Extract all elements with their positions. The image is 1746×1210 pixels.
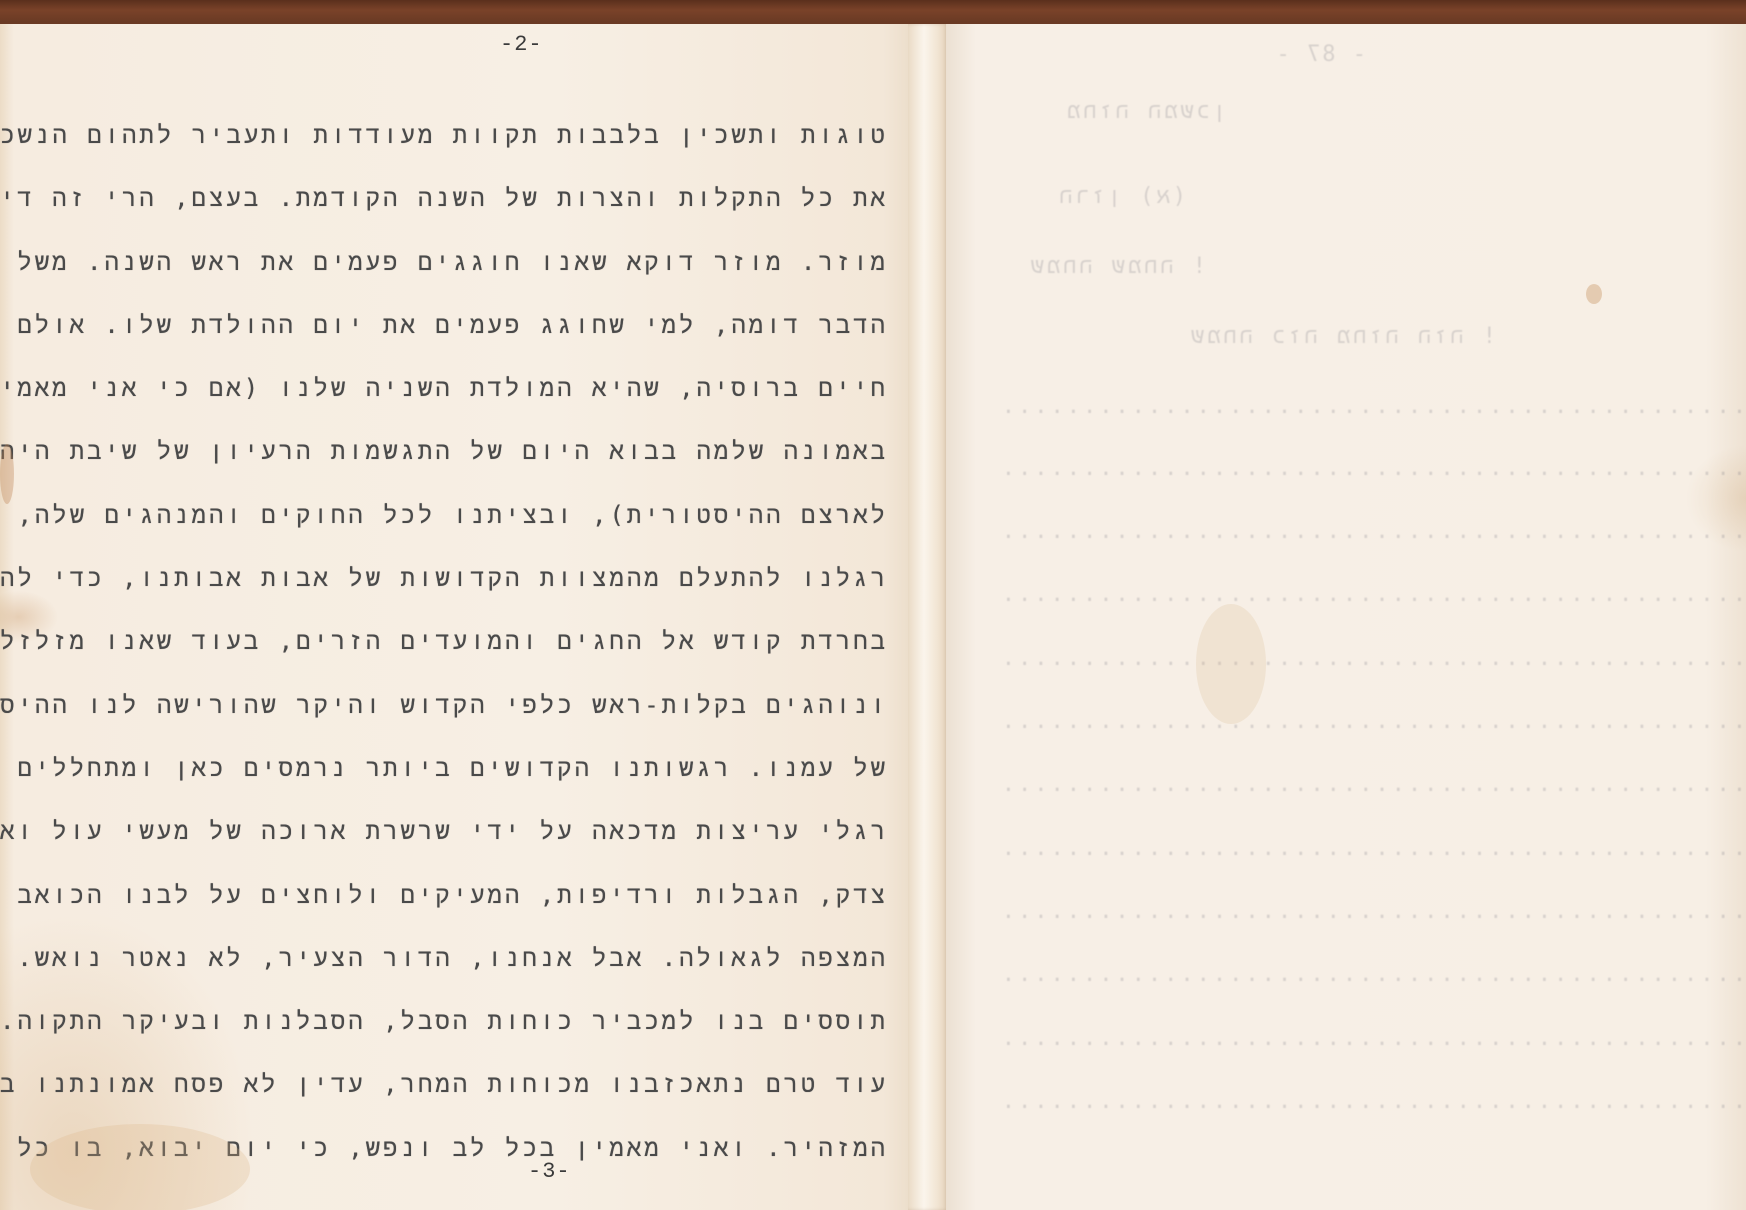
bleed-line: ........................................… (999, 899, 1746, 924)
text-line: מוזר. מוזר דוקא שאנו חוגגים פעמים את ראש… (88, 231, 888, 294)
bleed-line: ........................................… (999, 456, 1746, 481)
text-line: טוגות ותשכין בלבבות תקוות מעודדות ותעביר… (88, 104, 888, 167)
text-line: המזהיר. ואני מאמין בכל לב ונפש, כי יום י… (88, 1117, 888, 1180)
text-line: צדק, הגבלות ורדיפות, המעיקים ולוחצים על … (88, 864, 888, 927)
text-line: של עמנו. רגשותנו הקדושים ביותר נרמסים כא… (88, 737, 888, 800)
text-line: המצפה לגאולה. אבל אנחנו, הדור הצעיר, לא … (88, 927, 888, 990)
text-line: רגלנו להתעלם מהמצוות הקדושות של אבות אבו… (88, 547, 888, 610)
text-line: עוד טרם נתאכזבנו מכוחות המחר, עדין לא פס… (88, 1053, 888, 1116)
reverse-side-bleed-through: - 87 - מחזה המשכן (א) הרזן ! שמחה שמחה !… (946, 24, 1746, 1210)
text-line: ונוהגים בקלות-ראש כלפי הקדוש והיקר שהורי… (88, 674, 888, 737)
bleed-line: ........................................… (999, 836, 1746, 861)
bleed-line: ........................................… (999, 394, 1746, 419)
bleed-line: ........................................… (999, 962, 1746, 987)
bleed-line: ........................................… (999, 709, 1746, 734)
bleed-line: ........................................… (999, 582, 1746, 607)
bleed-line: ........................................… (999, 772, 1746, 797)
bleed-line: ........................................… (999, 1026, 1746, 1051)
text-line: בחרדת קודש אל החגים והמועדים הזרים, בעוד… (88, 610, 888, 673)
bleed-line: ........................................… (999, 1089, 1746, 1114)
text-line: לארצם ההיסטורית), ובציתנו לכל החוקים והמ… (88, 484, 888, 547)
bleed-line: ! שמחה כזה מחזה הזה (1188, 324, 1496, 350)
text-line: באמונה שלמה בבוא היום של התגשמות הרעיון … (88, 420, 888, 483)
text-line: הדבר דומה, למי שחוגג פעמים את יום ההולדת… (88, 294, 888, 357)
bleed-line: מחזה המשכן (1064, 99, 1226, 125)
text-line: רגלי עריצות מדכאה על ידי שרשרת ארוכה של … (88, 800, 888, 863)
book-scan: -2- טוגות ותשכין בלבבות תקוות מעודדות ות… (0, 0, 1746, 1210)
bleed-line: ........................................… (999, 646, 1746, 671)
text-line: חיים ברוסיה, שהיא המולדת השניה שלנו (אם … (88, 357, 888, 420)
typed-paragraph: טוגות ותשכין בלבבות תקוות מעודדות ותעביר… (88, 104, 888, 1180)
page-number-bottom: -3- (528, 1159, 571, 1184)
bleed-page-number: - 87 - (1275, 42, 1366, 67)
bleed-line: ! שמחה שמחה (1028, 254, 1206, 280)
text-line: תוססים בנו למכביר כוחות הסבל, הסבלנות וב… (88, 990, 888, 1053)
bleed-line: (א) הרזן (1056, 184, 1186, 210)
right-page: - 87 - מחזה המשכן (א) הרזן ! שמחה שמחה !… (946, 24, 1746, 1210)
bleed-line: ........................................… (999, 519, 1746, 544)
text-line: את כל התקלות והצרות של השנה הקודמת. בעצם… (88, 167, 888, 230)
left-page: -2- טוגות ותשכין בלבבות תקוות מעודדות ות… (0, 24, 921, 1210)
book-spine-fold (908, 24, 948, 1210)
page-number-top: -2- (500, 32, 543, 57)
